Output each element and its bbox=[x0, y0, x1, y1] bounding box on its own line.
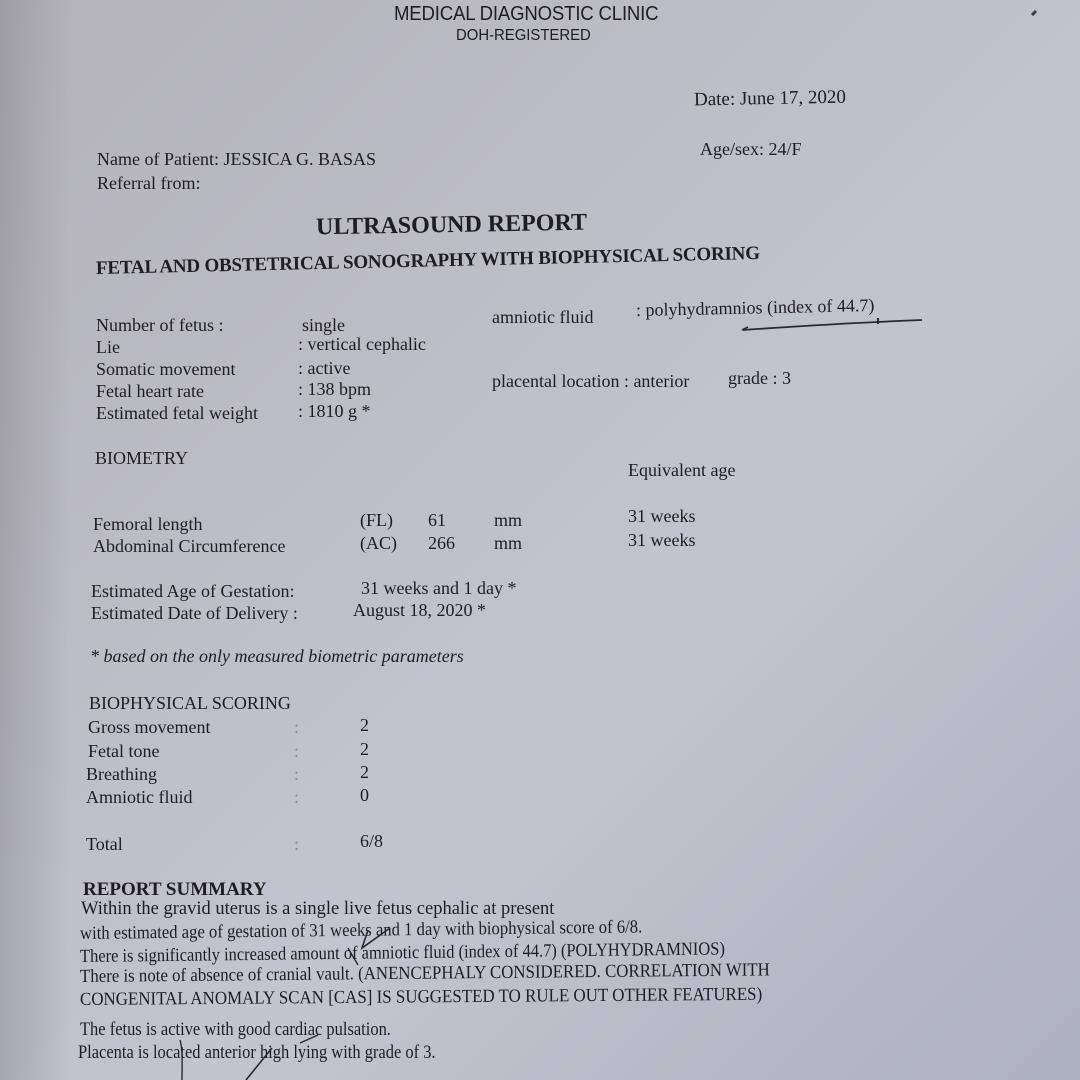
biometry-equiv: 31 weeks bbox=[628, 530, 695, 551]
summary-line: Within the gravid uterus is a single liv… bbox=[81, 899, 554, 920]
placenta-grade: grade : 3 bbox=[728, 368, 791, 389]
biophysical-score: 0 bbox=[360, 785, 369, 806]
fetus-count-value: single bbox=[302, 315, 345, 336]
report-subtitle: FETAL AND OBSTETRICAL SONOGRAPHY WITH BI… bbox=[96, 243, 760, 280]
biophysical-label: Amniotic fluid bbox=[86, 787, 193, 808]
referral-from: Referral from: bbox=[97, 173, 200, 194]
gestation-age-value: 31 weeks and 1 day * bbox=[361, 578, 516, 599]
biophysical-heading: BIOPHYSICAL SCORING bbox=[89, 693, 291, 714]
equivalent-age-heading: Equivalent age bbox=[628, 460, 735, 481]
biometry-abbr: (AC) bbox=[360, 533, 397, 554]
biometric-footnote: * based on the only measured biometric p… bbox=[90, 646, 464, 667]
biophysical-total-sep: : bbox=[294, 834, 299, 855]
biometry-unit: mm bbox=[494, 533, 522, 554]
clinic-subtitle: DOH-REGISTERED bbox=[456, 27, 591, 45]
patient-name: Name of Patient: JESSICA G. BASAS bbox=[97, 149, 376, 170]
scanned-report-page: MEDICAL DIAGNOSTIC CLINIC DOH-REGISTERED… bbox=[0, 0, 1080, 1080]
gestation-age-label: Estimated Age of Gestation: bbox=[91, 581, 294, 602]
placental-location: placental location : anterior bbox=[492, 371, 689, 392]
fetal-heart-rate-label: Fetal heart rate bbox=[96, 381, 204, 402]
biophysical-sep: : bbox=[294, 717, 299, 738]
biophysical-label: Breathing bbox=[86, 764, 157, 785]
fetus-count-label: Number of fetus : bbox=[96, 315, 223, 336]
summary-line: The fetus is active with good cardiac pu… bbox=[80, 1020, 391, 1041]
pen-underline-mark bbox=[743, 320, 922, 330]
biophysical-total-value: 6/8 bbox=[360, 831, 383, 852]
biometry-value: 266 bbox=[428, 533, 455, 554]
biophysical-sep: : bbox=[294, 741, 299, 762]
paper-shadow bbox=[0, 0, 70, 1080]
biophysical-sep: : bbox=[294, 787, 299, 808]
lie-label: Lie bbox=[96, 337, 120, 358]
biometry-abbr: (FL) bbox=[360, 510, 393, 531]
biometry-unit: mm bbox=[494, 510, 522, 531]
clinic-name: MEDICAL DIAGNOSTIC CLINIC bbox=[394, 3, 658, 26]
biometry-heading: BIOMETRY bbox=[95, 448, 188, 469]
fetal-weight-label: Estimated fetal weight bbox=[96, 403, 258, 424]
somatic-movement-label: Somatic movement bbox=[96, 359, 235, 380]
biophysical-total-label: Total bbox=[86, 834, 123, 855]
fetal-weight-value: : 1810 g * bbox=[298, 401, 371, 422]
summary-line: CONGENITAL ANOMALY SCAN [CAS] IS SUGGEST… bbox=[80, 985, 762, 1011]
amniotic-fluid-value: : polyhydramnios (index of 44.7) bbox=[636, 295, 875, 321]
biometry-value: 61 bbox=[428, 510, 446, 531]
summary-heading: REPORT SUMMARY bbox=[83, 879, 267, 901]
lie-value: : vertical cephalic bbox=[298, 334, 426, 355]
biometry-name: Femoral length bbox=[93, 514, 202, 535]
biophysical-label: Fetal tone bbox=[88, 741, 159, 762]
fetal-heart-rate-value: : 138 bpm bbox=[298, 379, 371, 400]
biophysical-score: 2 bbox=[360, 762, 369, 783]
biophysical-sep: : bbox=[294, 764, 299, 785]
delivery-date-value: August 18, 2020 * bbox=[353, 600, 486, 621]
biophysical-label: Gross movement bbox=[88, 717, 210, 738]
somatic-movement-value: : active bbox=[298, 358, 350, 379]
biophysical-score: 2 bbox=[360, 739, 369, 760]
amniotic-fluid-label: amniotic fluid bbox=[492, 307, 593, 328]
report-date: Date: June 17, 2020 bbox=[694, 87, 846, 112]
report-title: ULTRASOUND REPORT bbox=[316, 210, 587, 242]
summary-line: Placenta is located anterior high lying … bbox=[78, 1043, 436, 1064]
biometry-equiv: 31 weeks bbox=[628, 506, 695, 527]
biophysical-score: 2 bbox=[360, 715, 369, 736]
delivery-date-label: Estimated Date of Delivery : bbox=[91, 603, 298, 624]
biometry-name: Abdominal Circumference bbox=[93, 536, 285, 557]
age-sex: Age/sex: 24/F bbox=[700, 139, 802, 160]
